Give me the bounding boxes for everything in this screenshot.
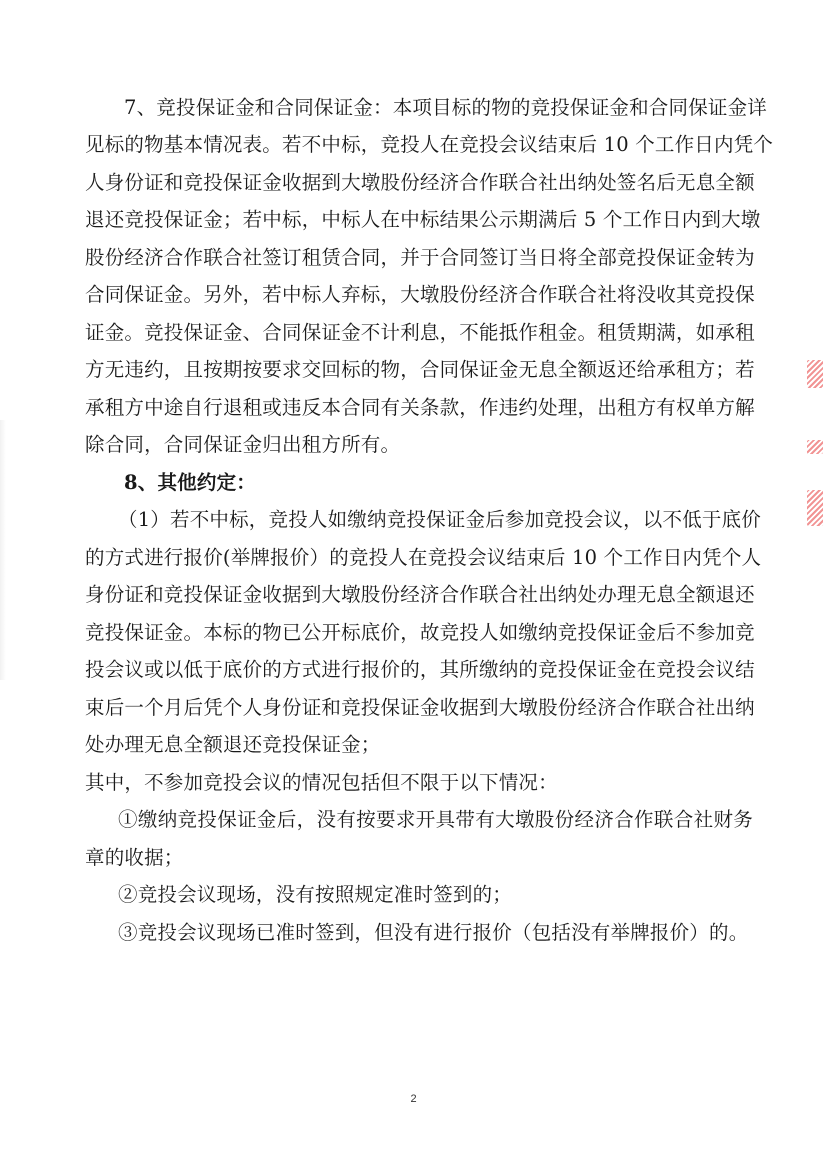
clause-7-line-9: 承租方中途自行退租或违反本合同有关条款，作违约处理，出租方有权单方解 (85, 396, 753, 420)
clause-8-1-line-1: （1）若不中标，竞投人如缴纳竞投保证金后参加竞投会议，以不低于底价 (118, 508, 753, 532)
clause-8-heading: 8、其他约定： (124, 471, 753, 495)
exclusion-intro: 其中，不参加竞投会议的情况包括但不限于以下情况： (85, 771, 753, 795)
clause-7-line-4: 退还竞投保证金；若中标，中标人在中标结果公示期满后 5 个工作日内到大墩 (85, 208, 753, 232)
clause-7-line-8: 方无违约，且按期按要求交回标的物，合同保证金无息全额返还给承租方；若 (85, 358, 753, 382)
scan-edge-shadow (0, 420, 6, 680)
seal-stamp-fragment (807, 490, 823, 526)
exclusion-item-1-line-1: ①缴纳竞投保证金后，没有按要求开具带有大墩股份经济合作联合社财务 (118, 808, 753, 832)
clause-8-1-line-6: 束后一个月后凭个人身份证和竞投保证金收据到大墩股份经济合作联合社出纳 (85, 696, 753, 720)
exclusion-item-1-line-2: 章的收据； (85, 846, 753, 870)
exclusion-item-2: ②竞投会议现场，没有按照规定准时签到的； (118, 883, 753, 907)
clause-8-1-line-5: 投会议或以低于底价的方式进行报价的，其所缴纳的竞投保证金在竞投会议结 (85, 658, 753, 682)
clause-8-1-line-2: 的方式进行报价(举牌报价）的竞投人在竞投会议结束后 10 个工作日内凭个人 (85, 546, 753, 570)
clause-7-line-5: 股份经济合作联合社签订租赁合同，并于合同签订当日将全部竞投保证金转为 (85, 246, 753, 270)
clause-8-1-line-3: 身份证和竞投保证金收据到大墩股份经济合作联合社出纳处办理无息全额退还 (85, 583, 753, 607)
clause-8-1-line-4: 竞投保证金。本标的物已公开标底价，故竞投人如缴纳竞投保证金后不参加竞 (85, 621, 753, 645)
seal-stamp-fragment (807, 440, 823, 454)
clause-7-line-1: 7、竞投保证金和合同保证金：本项目标的物的竞投保证金和合同保证金详 (124, 96, 753, 120)
clause-7-line-10: 除合同，合同保证金归出租方所有。 (85, 433, 753, 457)
clause-8-1-line-7: 处办理无息全额退还竞投保证金； (85, 733, 753, 757)
document-page: 7、竞投保证金和合同保证金：本项目标的物的竞投保证金和合同保证金详 见标的物基本… (0, 0, 827, 1169)
exclusion-item-3: ③竞投会议现场已准时签到，但没有进行报价（包括没有举牌报价）的。 (118, 921, 753, 945)
page-number: 2 (0, 1093, 827, 1105)
clause-7-line-7: 证金。竞投保证金、合同保证金不计利息，不能抵作租金。租赁期满，如承租 (85, 321, 753, 345)
clause-7-line-3: 人身份证和竞投保证金收据到大墩股份经济合作联合社出纳处签名后无息全额 (85, 171, 753, 195)
seal-stamp-fragment (807, 360, 823, 388)
clause-7-line-6: 合同保证金。另外，若中标人弃标，大墩股份经济合作联合社将没收其竞投保 (85, 283, 753, 307)
clause-7-line-2: 见标的物基本情况表。若不中标，竞投人在竞投会议结束后 10 个工作日内凭个 (85, 133, 753, 157)
